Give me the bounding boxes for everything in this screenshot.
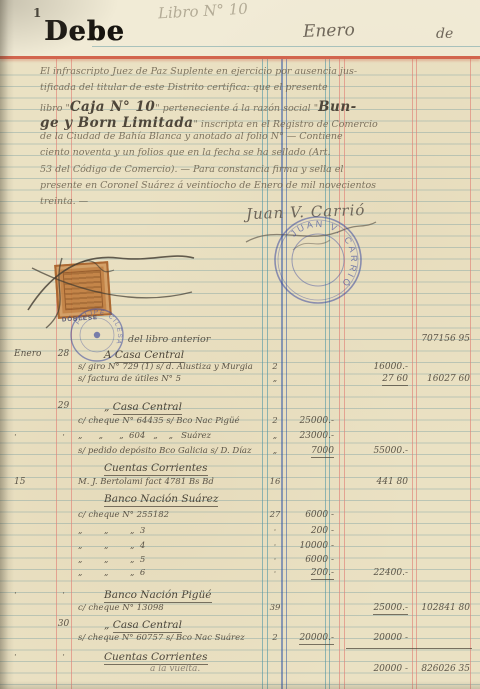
ledger-row: „ „ „ 3·200 - <box>0 526 480 540</box>
cell-amount-2 <box>346 526 408 540</box>
scan-corner-shade <box>0 0 120 60</box>
cell-description: „ Casa Central <box>78 619 292 633</box>
cell-amount-2 <box>346 589 408 603</box>
cell-description: „ „ „ 3 <box>78 526 266 540</box>
cell-description: „ „ „ 604 „ „ Suárez <box>78 431 266 445</box>
cell-month <box>14 664 54 678</box>
cell-day <box>56 462 71 476</box>
cell-amount-1: 20000.- <box>288 633 334 647</box>
ledger-row: Banco Nación Suárez <box>0 493 480 507</box>
cell-amount-3 <box>414 651 470 665</box>
cell-day: · <box>56 589 71 603</box>
cell-amount-3 <box>414 401 470 415</box>
cell-description: „ „ „ 5 <box>78 555 266 569</box>
cell-amount-1: 25000.- <box>288 416 334 430</box>
cell-day: 30 <box>56 619 71 633</box>
cell-folio: „ <box>264 446 286 460</box>
ledger-row: 30„ Casa Central <box>0 619 480 633</box>
cell-day: 29 <box>56 401 71 415</box>
cell-folio <box>264 651 286 665</box>
ledger-page: 1 Debe Libro N° 10 Enero de El infrascri… <box>0 0 480 689</box>
ledger-row: 29„ Casa Central <box>0 401 480 415</box>
cell-month: · <box>14 431 54 445</box>
cell-day <box>56 541 71 555</box>
cell-amount-3: 102841 80 <box>414 603 470 617</box>
cell-amount-1 <box>288 477 334 491</box>
cell-amount-2: 27 60 <box>346 374 408 388</box>
cell-day <box>56 477 71 491</box>
cell-folio <box>264 589 286 603</box>
cell-month <box>14 510 54 524</box>
cell-amount-2: 20000 - <box>346 664 408 678</box>
cell-amount-1: 23000.- <box>288 431 334 445</box>
cell-amount-1 <box>288 651 334 665</box>
ledger-row: „ „ „ 4·10000 - <box>0 541 480 555</box>
scan-bottom-edge <box>0 681 480 689</box>
cell-month <box>14 416 54 430</box>
cell-month <box>14 555 54 569</box>
cell-month <box>14 526 54 540</box>
cell-folio: · <box>264 526 286 540</box>
cell-amount-3: 16027 60 <box>414 374 470 388</box>
ledger-row: Cuentas Corrientes <box>0 462 480 476</box>
cell-folio: · <box>264 541 286 555</box>
cell-folio <box>264 462 286 476</box>
cell-amount-1: 200 - <box>288 526 334 540</box>
cell-description: Cuentas Corrientes <box>78 651 292 665</box>
cell-month: · <box>14 589 54 603</box>
cell-folio: 16 <box>264 477 286 491</box>
cell-amount-3 <box>414 462 470 476</box>
cell-amount-3: 826026 35 <box>414 664 470 678</box>
cell-amount-2: 25000.- <box>346 603 408 617</box>
cell-amount-2: 20000 - <box>346 633 408 647</box>
cell-amount-2 <box>346 555 408 569</box>
cell-month <box>14 401 54 415</box>
total-rule <box>346 648 472 649</box>
cell-amount-2 <box>346 462 408 476</box>
cell-amount-3 <box>414 510 470 524</box>
cell-folio <box>264 334 286 348</box>
cell-amount-3 <box>414 526 470 540</box>
ledger-row: Enero28A Casa Central <box>0 349 480 363</box>
cell-amount-1 <box>288 664 334 678</box>
cell-description: s/ factura de útiles N° 5 <box>78 374 266 388</box>
ledger-row: c/ cheque N° 255182276000 - <box>0 510 480 524</box>
cell-folio <box>264 493 286 507</box>
cell-month <box>14 493 54 507</box>
cell-description: Banco Nación Suárez <box>78 493 292 507</box>
cell-folio: 39 <box>264 603 286 617</box>
cell-amount-1 <box>288 603 334 617</box>
cell-amount-1 <box>288 619 334 633</box>
cell-amount-3 <box>414 446 470 460</box>
cell-amount-3 <box>414 589 470 603</box>
cell-amount-1: 200.- <box>288 568 334 582</box>
cell-month: 15 <box>14 477 54 491</box>
cell-day <box>56 633 71 647</box>
cell-folio <box>264 349 286 363</box>
cell-description: A Casa Central <box>78 349 292 363</box>
cell-month <box>14 446 54 460</box>
cell-amount-1: 7000 <box>288 446 334 460</box>
ledger-row: ··Banco Nación Pigüé <box>0 589 480 603</box>
cell-day <box>56 555 71 569</box>
cell-folio <box>264 619 286 633</box>
cell-description: „ „ „ 4 <box>78 541 266 555</box>
cell-amount-3 <box>414 555 470 569</box>
scan-left-edge <box>0 0 14 689</box>
ledger-row: ··„ „ „ 604 „ „ Suárez„23000.- <box>0 431 480 445</box>
cell-description: Banco Nación Pigüé <box>78 589 292 603</box>
cell-amount-2 <box>346 619 408 633</box>
ledger-row: ··Cuentas Corrientes <box>0 651 480 665</box>
cell-folio: 2 <box>264 633 286 647</box>
ledger-row: a la vuelta.20000 -826026 35 <box>0 664 480 678</box>
cell-amount-1 <box>288 462 334 476</box>
cell-amount-1 <box>288 349 334 363</box>
cell-description: c/ cheque N° 13098 <box>78 603 266 617</box>
ledger-row: s/ factura de útiles N° 5„27 6016027 60 <box>0 374 480 388</box>
cell-amount-1: 6000 - <box>288 555 334 569</box>
cell-amount-1 <box>288 334 334 348</box>
cell-amount-3 <box>414 416 470 430</box>
cell-folio: · <box>264 555 286 569</box>
cell-amount-3 <box>414 431 470 445</box>
cell-amount-2 <box>346 349 408 363</box>
cell-day <box>56 510 71 524</box>
cell-folio: 2 <box>264 416 286 430</box>
ledger-row: 15M. J. Bertolami fact 4781 Bs Bd16441 8… <box>0 477 480 491</box>
cell-day <box>56 603 71 617</box>
cell-month <box>14 334 54 348</box>
ledger-row: „ „ „ 6·200.-22400.- <box>0 568 480 582</box>
cell-amount-1: 10000 - <box>288 541 334 555</box>
cell-day <box>56 334 71 348</box>
ledger-row: c/ cheque N° 64435 s/ Bco Nac Pigüé22500… <box>0 416 480 430</box>
cell-folio: · <box>264 568 286 582</box>
cell-amount-1 <box>288 374 334 388</box>
cell-folio <box>264 401 286 415</box>
ledger-row: „ „ „ 5·6000 - <box>0 555 480 569</box>
cell-month <box>14 541 54 555</box>
cell-day: 28 <box>56 349 71 363</box>
cell-amount-3 <box>414 619 470 633</box>
cell-amount-3 <box>414 568 470 582</box>
cell-amount-1 <box>288 493 334 507</box>
cell-amount-2 <box>346 651 408 665</box>
cell-description: „ Casa Central <box>78 401 292 415</box>
cell-amount-3 <box>414 493 470 507</box>
cell-amount-2: 441 80 <box>346 477 408 491</box>
cell-amount-2: 55000.- <box>346 446 408 460</box>
cell-day <box>56 664 71 678</box>
cell-month <box>14 633 54 647</box>
cell-amount-3 <box>414 349 470 363</box>
cell-description: Cuentas Corrientes <box>78 462 292 476</box>
cell-description: c/ cheque N° 255182 <box>78 510 266 524</box>
cell-description: s/ pedido depósito Bco Galicia s/ D. Día… <box>78 446 266 460</box>
cell-amount-2: 22400.- <box>346 568 408 582</box>
cell-description: c/ cheque N° 64435 s/ Bco Nac Pigüé <box>78 416 266 430</box>
cell-month: · <box>14 651 54 665</box>
cell-month <box>14 619 54 633</box>
cell-amount-2 <box>346 401 408 415</box>
ledger-row: c/ cheque N° 130983925000.-102841 80 <box>0 603 480 617</box>
cell-day <box>56 526 71 540</box>
ledger-row: s/ cheque N° 60757 s/ Bco Nac Suárez2200… <box>0 633 480 647</box>
cell-month <box>14 374 54 388</box>
cell-amount-3 <box>414 477 470 491</box>
cell-description: „ „ „ 6 <box>78 568 266 582</box>
cell-description: M. J. Bertolami fact 4781 Bs Bd <box>78 477 266 491</box>
cell-day <box>56 446 71 460</box>
cell-amount-1 <box>288 589 334 603</box>
cell-amount-2 <box>346 493 408 507</box>
cell-day <box>56 416 71 430</box>
ledger-row: del libro anterior707156 95 <box>0 334 480 348</box>
cell-day <box>56 493 71 507</box>
cell-amount-2 <box>346 416 408 430</box>
cell-month: Enero <box>14 349 54 363</box>
cell-amount-2 <box>346 510 408 524</box>
cell-folio: „ <box>264 431 286 445</box>
cell-amount-1 <box>288 401 334 415</box>
cell-description: s/ cheque N° 60757 s/ Bco Nac Suárez <box>78 633 266 647</box>
cell-day: · <box>56 431 71 445</box>
cell-day: · <box>56 651 71 665</box>
cell-folio: „ <box>264 374 286 388</box>
cell-month <box>14 462 54 476</box>
cell-amount-3: 707156 95 <box>414 334 470 348</box>
cell-folio: 27 <box>264 510 286 524</box>
cell-amount-2 <box>346 541 408 555</box>
ledger-rows: del libro anterior707156 95Enero28A Casa… <box>0 0 480 689</box>
ledger-row: s/ pedido depósito Bco Galicia s/ D. Día… <box>0 446 480 460</box>
cell-amount-3 <box>414 541 470 555</box>
cell-amount-2 <box>346 431 408 445</box>
cell-folio <box>264 664 286 678</box>
cell-amount-3 <box>414 633 470 647</box>
cell-month <box>14 603 54 617</box>
cell-month <box>14 568 54 582</box>
cell-day <box>56 374 71 388</box>
cell-amount-2 <box>346 334 408 348</box>
cell-amount-1: 6000 - <box>288 510 334 524</box>
cell-day <box>56 568 71 582</box>
